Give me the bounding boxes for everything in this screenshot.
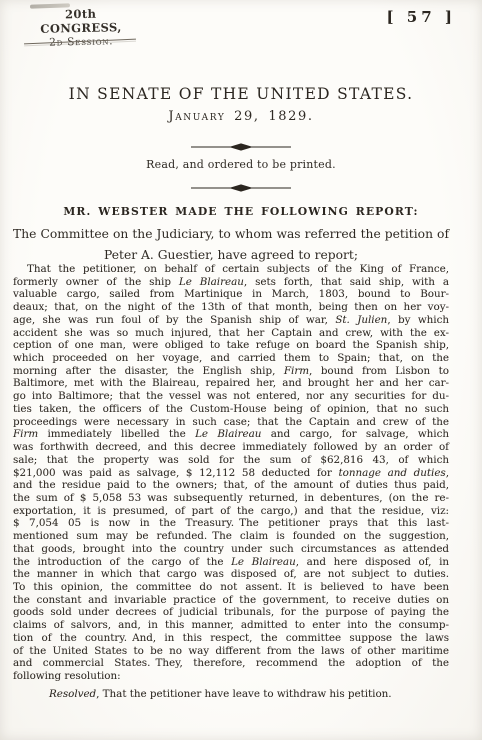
committee-intro: The Committee on the Judiciary, to whom … — [13, 224, 449, 265]
text-run: of the United States to be no way differ… — [13, 645, 449, 657]
text-run: go into Baltimore; that the vessel was n… — [13, 390, 449, 402]
text-run: goods sold under decrees of judicial tri… — [13, 606, 449, 618]
ornament-divider-top — [191, 142, 291, 152]
italic-text-run: Resolved — [49, 688, 96, 700]
text-run: tion of the country. And, in this respec… — [13, 632, 449, 644]
report-body: That the petitioner, on behalf of certai… — [13, 263, 449, 700]
text-line: go into Baltimore; that the vessel was n… — [13, 390, 449, 403]
text-run: $21,000 was paid as salvage, $ 12,112 58… — [13, 467, 339, 479]
document-page: 20th CONGRESS, 2d Session. [ 57 ] IN SEN… — [0, 0, 482, 740]
text-line: Baltimore, met with the Blaireau, repair… — [13, 377, 449, 390]
text-run: That the petitioner, on behalf of certai… — [27, 263, 449, 275]
text-line: the constant and invariable practice of … — [13, 594, 449, 607]
text-line: To this opinion, the committee do not as… — [13, 581, 449, 594]
text-run: deaux; that, on the night of the 13th of… — [13, 301, 449, 313]
text-run: and cargo, for salvage, which — [261, 428, 449, 440]
order-to-print-note: Read, and ordered to be printed. — [0, 158, 482, 171]
text-line: formerly owner of the ship Le Blaireau, … — [13, 276, 449, 289]
text-line: and commercial States. They, therefore, … — [13, 657, 449, 670]
italic-text-run: Firm — [13, 428, 38, 440]
text-run: mentioned sum may be refunded. The claim… — [13, 530, 449, 542]
text-line: tion of the country. And, in this respec… — [13, 632, 449, 645]
text-run: following resolution: — [13, 670, 121, 682]
report-heading: MR. WEBSTER MADE THE FOLLOWING REPORT: — [0, 205, 482, 218]
text-line: $ 7,054 05 is now in the Treasury. The p… — [13, 517, 449, 530]
text-run: $ 7,054 05 is now in the Treasury. The p… — [13, 517, 449, 529]
text-line: which proceeded on her voyage, and carri… — [13, 352, 449, 365]
text-line: proceedings were necessary in such case;… — [13, 416, 449, 429]
italic-text-run: tonnage and duties — [339, 467, 446, 479]
text-line: the manner in which that cargo was dispo… — [13, 568, 449, 581]
text-run: immediately libelled the — [38, 428, 195, 440]
text-run: formerly owner of the ship — [13, 276, 179, 288]
text-line: of the United States to be no way differ… — [13, 645, 449, 658]
text-line: accident she was so much injured, that h… — [13, 327, 449, 340]
text-run: age, she was run foul of by the Spanish … — [13, 314, 335, 326]
text-line: age, she was run foul of by the Spanish … — [13, 314, 449, 327]
text-line: deaux; that, on the night of the 13th of… — [13, 301, 449, 314]
italic-text-run: Le Blaireau — [195, 428, 261, 440]
text-line: $21,000 was paid as salvage, $ 12,112 58… — [13, 467, 449, 480]
text-run: ception of one man, were obliged to take… — [13, 339, 449, 351]
document-number: [ 57 ] — [386, 8, 456, 26]
text-run: that goods, brought into the country und… — [13, 543, 449, 555]
divider-rule-icon — [191, 183, 291, 193]
text-run: the constant and invariable practice of … — [13, 594, 449, 606]
text-run: sale; that the property was sold for the… — [13, 454, 449, 466]
text-run: which proceeded on her voyage, and carri… — [13, 352, 449, 364]
text-line: the sum of $ 5,058 53 was subsequently r… — [13, 492, 449, 505]
text-run: claims of salvors, and, in this manner, … — [13, 619, 449, 631]
text-run: , — [446, 467, 449, 479]
italic-text-run: Le Blaireau — [179, 276, 244, 288]
text-line: and the residue paid to the owners; that… — [13, 479, 449, 492]
text-line: Resolved, That the petitioner have leave… — [13, 688, 449, 701]
divider-rule-icon — [191, 142, 291, 152]
text-run: the introduction of the cargo of the — [13, 556, 231, 568]
text-run: , by which — [387, 314, 449, 326]
text-run: exportation, it is presumed, of part of … — [13, 505, 449, 517]
text-run: accident she was so much injured, that h… — [13, 327, 449, 339]
text-line: the introduction of the cargo of the Le … — [13, 556, 449, 569]
text-run: and commercial States. They, therefore, … — [13, 657, 449, 669]
text-line: Firm immediately libelled the Le Blairea… — [13, 428, 449, 441]
text-run: , bound from Lisbon to — [309, 365, 449, 377]
text-run: was forthwith decreed, and this decree i… — [13, 441, 449, 453]
text-line: morning after the disaster, the English … — [13, 365, 449, 378]
text-line: The Committee on the Judiciary, to whom … — [13, 224, 449, 245]
document-date: January 29, 1829. — [0, 109, 482, 124]
text-line: mentioned sum may be refunded. The claim… — [13, 530, 449, 543]
text-run: morning after the disaster, the English … — [13, 365, 284, 377]
text-run: To this opinion, the committee do not as… — [13, 581, 449, 593]
ornament-divider-bottom — [191, 183, 291, 193]
text-line: valuable cargo, sailed from Martinique i… — [13, 288, 449, 301]
text-line: ception of one man, were obliged to take… — [13, 339, 449, 352]
text-run: the sum of $ 5,058 53 was subsequently r… — [13, 492, 449, 504]
text-run: ties taken, the officers of the Custom-H… — [13, 403, 449, 415]
text-run: , and here disposed of, in — [296, 556, 449, 568]
text-run: Baltimore, met with the Blaireau, repair… — [13, 377, 449, 389]
text-run: The Committee on the Judiciary, to whom … — [13, 227, 449, 241]
text-run: , That the petitioner have leave to with… — [96, 688, 391, 700]
italic-text-run: St. Julien — [335, 314, 387, 326]
text-line: sale; that the property was sold for the… — [13, 454, 449, 467]
text-line: Peter A. Guestier, have agreed to report… — [13, 245, 449, 266]
congress-label: 20th CONGRESS, — [26, 6, 137, 36]
text-run: and the residue paid to the owners; that… — [13, 479, 449, 491]
text-line: That the petitioner, on behalf of certai… — [13, 263, 449, 276]
text-line: goods sold under decrees of judicial tri… — [13, 606, 449, 619]
text-run: valuable cargo, sailed from Martinique i… — [13, 288, 449, 300]
italic-text-run: Le Blaireau — [231, 556, 296, 568]
text-line: following resolution: — [13, 670, 449, 683]
text-line: that goods, brought into the country und… — [13, 543, 449, 556]
text-line: was forthwith decreed, and this decree i… — [13, 441, 449, 454]
text-line: ties taken, the officers of the Custom-H… — [13, 403, 449, 416]
text-run: proceedings were necessary in such case;… — [13, 416, 449, 428]
text-run: Peter A. Guestier, have agreed to report… — [104, 248, 358, 262]
text-run: the manner in which that cargo was dispo… — [13, 568, 449, 580]
text-run: , sets forth, that said ship, with a — [244, 276, 449, 288]
chamber-title: IN SENATE OF THE UNITED STATES. — [0, 85, 482, 103]
text-line: claims of salvors, and, in this manner, … — [13, 619, 449, 632]
italic-text-run: Firm — [284, 365, 309, 377]
text-line: exportation, it is presumed, of part of … — [13, 505, 449, 518]
